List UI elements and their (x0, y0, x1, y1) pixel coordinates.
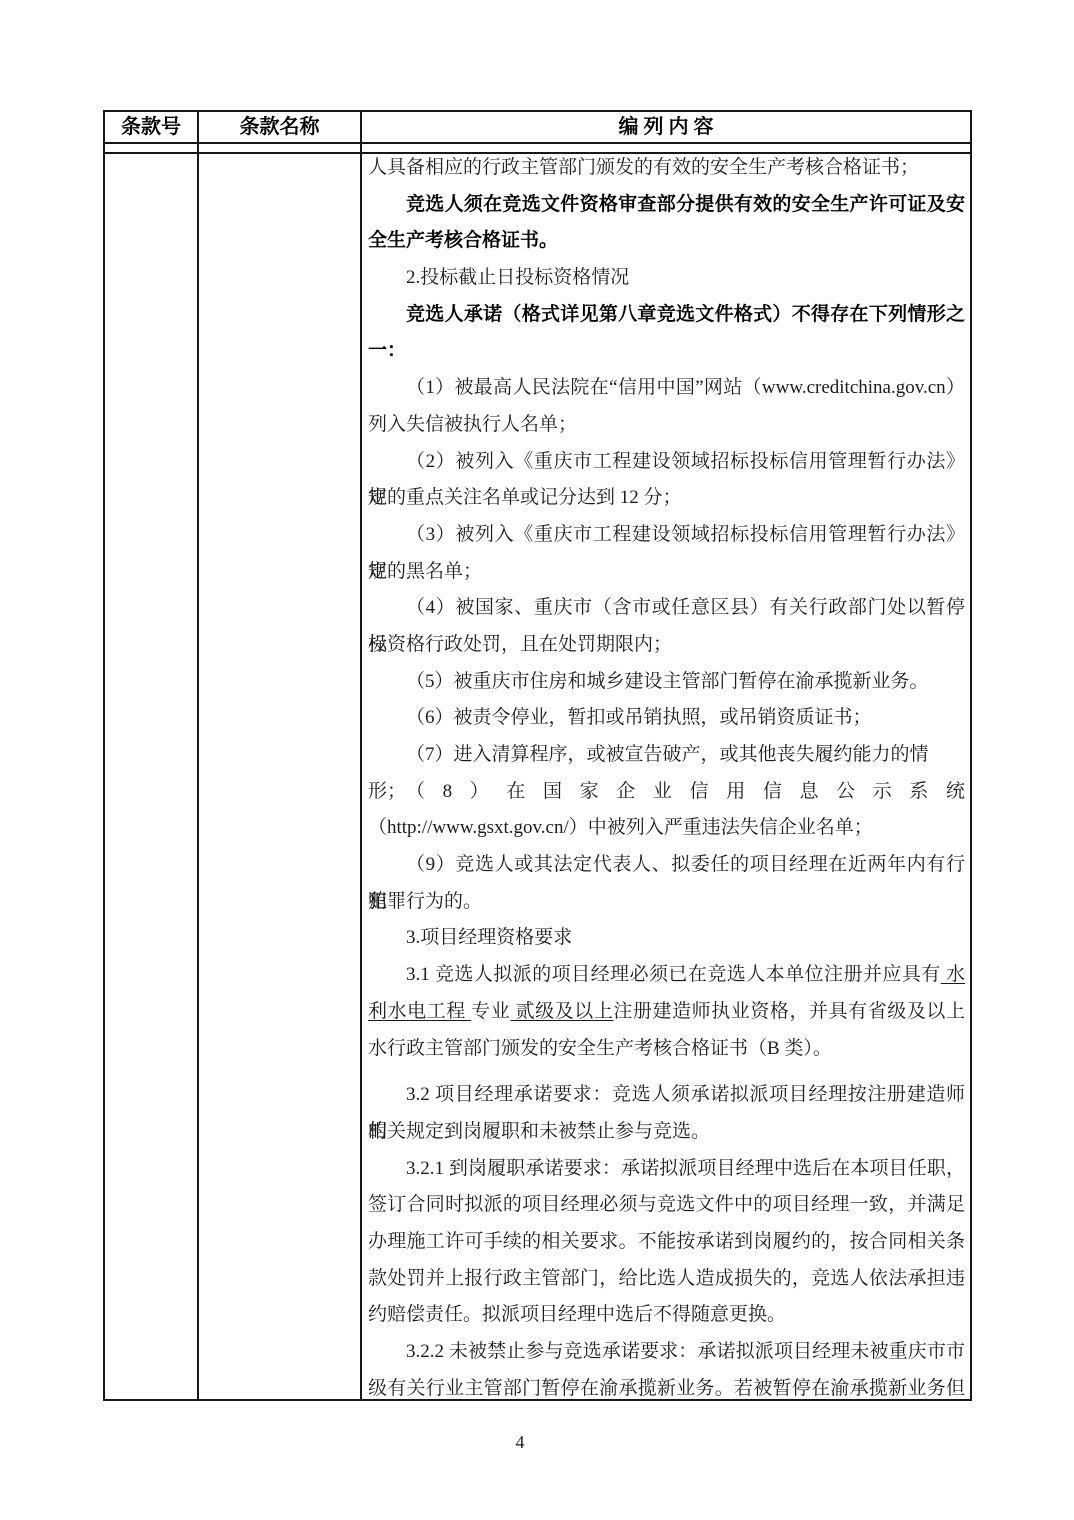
content-line: 3.2.2 未被禁止参与竞选承诺要求：承诺拟派项目经理未被重庆市市 (368, 1334, 965, 1371)
header-clause-name: 条款名称 (199, 112, 360, 142)
document-page: { "table": { "header": { "col1": "条款号", … (0, 0, 1074, 1520)
clause-table: 条款号 条款名称 编 列 内 容 人具备相应的行政主管部门颁发的有效的安全生产考… (103, 110, 972, 1401)
content-line: 约赔偿责任。拟派项目经理中选后不得随意更换。 (368, 1297, 965, 1334)
content-line: （1）被最高人民法院在“信用中国”网站（www.creditchina.gov.… (368, 370, 965, 407)
content-line: 人具备相应的行政主管部门颁发的有效的安全生产考核合格证书； (368, 150, 965, 187)
header-content: 编 列 内 容 (362, 112, 970, 142)
content-line: 签订合同时拟派的项目经理必须与竞选文件中的项目经理一致，并满足 (368, 1187, 965, 1224)
text-segment: 注册建造师执业资格，并具有省级及以上 (613, 1001, 965, 1022)
content-line: （5）被重庆市住房和城乡建设主管部门暂停在渝承揽新业务。 (368, 664, 965, 701)
content-line: （3）被列入《重庆市工程建设领域招标投标信用管理暂行办法》规 (368, 517, 965, 554)
content-lines: 人具备相应的行政主管部门颁发的有效的安全生产考核合格证书；竞选人须在竞选文件资格… (368, 150, 965, 1407)
content-line: 标资格行政处罚，且在处罚期限内； (368, 627, 965, 664)
content-line: （2）被列入《重庆市工程建设领域招标投标信用管理暂行办法》规 (368, 444, 965, 481)
content-line: 定的重点关注名单或记分达到 12 分； (368, 480, 965, 517)
content-line: （7）进入清算程序，或被宣告破产，或其他丧失履约能力的情形； (368, 737, 965, 774)
underlined-text: 水 (941, 964, 965, 985)
content-line: 一： (368, 333, 965, 370)
page-number: 4 (0, 1432, 1057, 1453)
header-clause-number: 条款号 (105, 112, 197, 142)
content-line: （8）在国家企业信用信息公示系统 (368, 774, 965, 811)
content-line: （6）被责令停业，暂扣或吊销执照，或吊销资质证书； (368, 700, 965, 737)
content-line: 竞选人承诺（格式详见第八章竞选文件格式）不得存在下列情形之 (368, 297, 965, 334)
content-line: 款处罚并上报行政主管部门，给比选人造成损失的，竞选人依法承担违 (368, 1261, 965, 1298)
underlined-text: 利水电工程 (368, 1001, 471, 1022)
underlined-text: 贰级及以上 (510, 1001, 613, 1022)
content-line: 3.项目经理资格要求 (368, 920, 965, 957)
content-line: 级有关行业主管部门暂停在渝承揽新业务。若被暂停在渝承揽新业务但 (368, 1371, 965, 1408)
paragraph-gap (368, 1067, 965, 1077)
content-line: 利水电工程 专业 贰级及以上注册建造师执业资格，并具有省级及以上 (368, 994, 965, 1031)
text-segment: 3.1 竞选人拟派的项目经理必须已在竞选人本单位注册并应具有 (406, 964, 941, 985)
text-segment: 专业 (471, 1001, 510, 1022)
content-line: 列入失信被执行人名单； (368, 407, 965, 444)
header-bottom-border (105, 142, 970, 144)
content-line: 水行政主管部门颁发的安全生产考核合格证书（B 类）。 (368, 1031, 965, 1068)
content-line: 办理施工许可手续的相关要求。不能按承诺到岗履约的，按合同相关条 (368, 1224, 965, 1261)
content-line: 3.2.1 到岗履职承诺要求：承诺拟派项目经理中选后在本项目任职， (368, 1151, 965, 1188)
content-line: 2.投标截止日投标资格情况 (368, 260, 965, 297)
column-divider-2 (360, 112, 362, 1399)
content-line: （4）被国家、重庆市（含市或任意区县）有关行政部门处以暂停投 (368, 590, 965, 627)
content-line: （9）竞选人或其法定代表人、拟委任的项目经理在近两年内有行贿 (368, 847, 965, 884)
content-line: （http://www.gsxt.gov.cn/）中被列入严重违法失信企业名单； (368, 810, 965, 847)
content-line: 全生产考核合格证书。 (368, 223, 965, 260)
content-line: 竞选人须在竞选文件资格审查部分提供有效的安全生产许可证及安 (368, 187, 965, 224)
content-line: 相关规定到岗履职和未被禁止参与竞选。 (368, 1114, 965, 1151)
content-line: 定的黑名单； (368, 554, 965, 591)
content-line: 3.1 竞选人拟派的项目经理必须已在竞选人本单位注册并应具有 水 (368, 957, 965, 994)
content-line: 犯罪行为的。 (368, 884, 965, 921)
column-divider-1 (197, 112, 199, 1399)
content-line: 3.2 项目经理承诺要求：竞选人须承诺拟派项目经理按注册建造师的 (368, 1077, 965, 1114)
